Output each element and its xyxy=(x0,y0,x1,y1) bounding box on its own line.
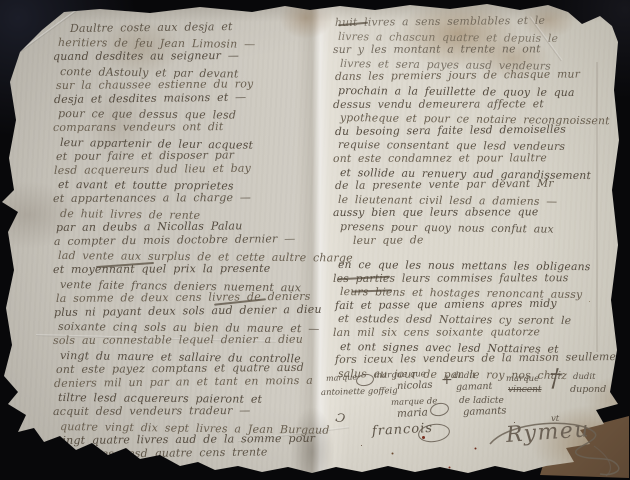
cross-mark-small: + xyxy=(441,372,453,388)
signature-de-ladicte: de ladicte xyxy=(459,396,504,406)
signature-gamant: gamant xyxy=(456,381,493,393)
signature-vincent-struck: vincent xyxy=(508,385,542,395)
signature-marque-label: marque xyxy=(506,374,539,384)
manuscript-scan: Daultre coste aux desja et heritiers de … xyxy=(0,0,630,480)
signature-flourish xyxy=(482,416,630,478)
signature-antoinette: antoinette goffeig xyxy=(321,386,398,398)
signature-dupond: dupond xyxy=(570,384,606,395)
signature-nicolas: nicolas xyxy=(397,380,433,392)
signature-dudit: dudit xyxy=(453,371,476,381)
cross-mark-large: † xyxy=(548,363,562,393)
paraph-squiggle: Ɔ xyxy=(334,410,346,426)
signature-marque-que: marque que xyxy=(374,369,426,381)
signature-marque-label: marque xyxy=(326,372,358,383)
signature-block: marque antoinette goffeig marque que nic… xyxy=(0,0,630,480)
signature-maria: maria xyxy=(397,406,428,420)
paraph-knot xyxy=(355,373,375,388)
signature-dudit: dudit xyxy=(573,372,596,382)
